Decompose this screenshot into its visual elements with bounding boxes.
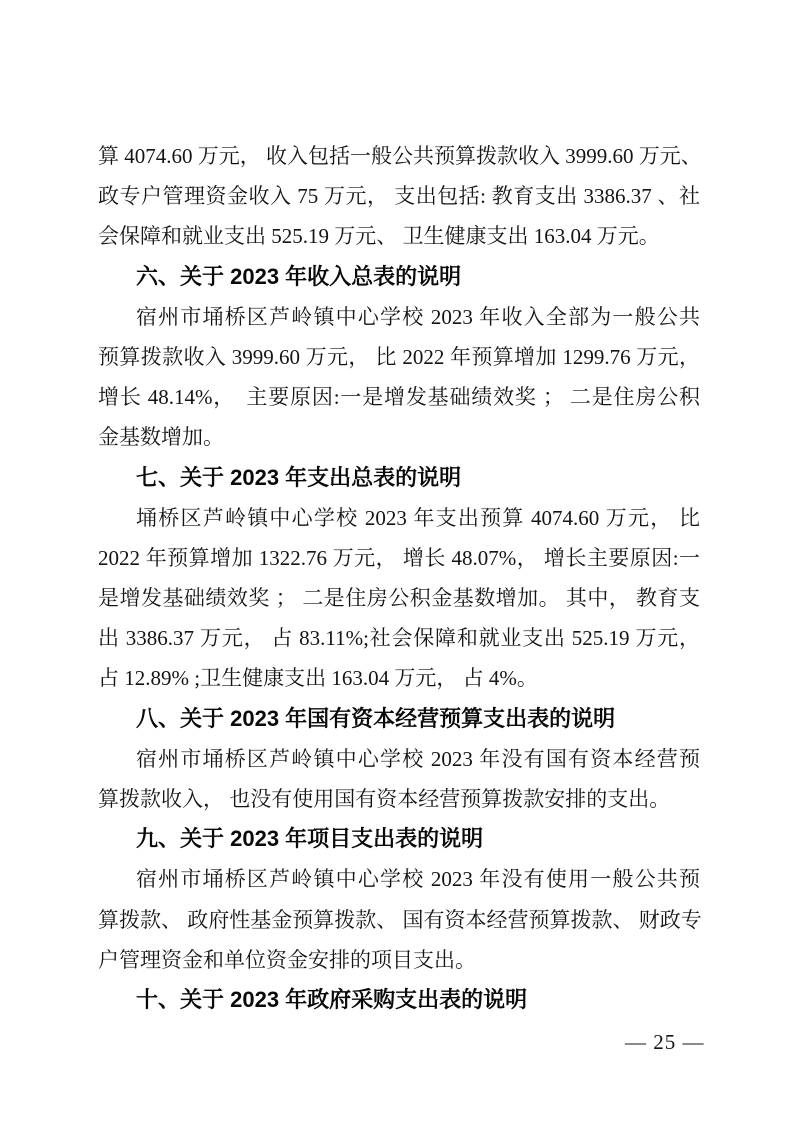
- section-heading: 十、关于 2023 年政府采购支出表的说明: [98, 980, 700, 1020]
- text-line: 预算拨款收入 3999.60 万元， 比 2022 年预算增加 1299.76 …: [98, 337, 700, 377]
- text-line: 占 12.89% ;卫生健康支出 163.04 万元， 占 4%。: [98, 658, 700, 698]
- text-line: 宿州市埇桥区芦岭镇中心学校 2023 年收入全部为一般公共: [98, 297, 700, 337]
- page-number: — 25 —: [625, 1030, 705, 1055]
- text-line: 2022 年预算增加 1322.76 万元， 增长 48.07%， 增长主要原因…: [98, 538, 700, 578]
- text-line: 宿州市埇桥区芦岭镇中心学校 2023 年没有使用一般公共预: [98, 859, 700, 899]
- text-line: 算拨款、 政府性基金预算拨款、 国有资本经营预算拨款、 财政专: [98, 900, 700, 940]
- text-line: 增长 48.14%， 主要原因:一是增发基础绩效奖 ； 二是住房公积: [98, 377, 700, 417]
- text-line: 算 4074.60 万元， 收入包括一般公共预算拨款收入 3999.60 万元、: [98, 136, 700, 176]
- text-line: 户管理资金和单位资金安排的项目支出。: [98, 940, 700, 980]
- section-heading: 六、关于 2023 年收入总表的说明: [98, 257, 700, 297]
- text-line: 会保障和就业支出 525.19 万元、 卫生健康支出 163.04 万元。: [98, 216, 700, 256]
- section-heading: 八、关于 2023 年国有资本经营预算支出表的说明: [98, 699, 700, 739]
- document-content: 算 4074.60 万元， 收入包括一般公共预算拨款收入 3999.60 万元、…: [98, 136, 700, 1020]
- text-line: 金基数增加。: [98, 417, 700, 457]
- section-heading: 七、关于 2023 年支出总表的说明: [98, 458, 700, 498]
- section-heading: 九、关于 2023 年项目支出表的说明: [98, 819, 700, 859]
- text-line: 宿州市埇桥区芦岭镇中心学校 2023 年没有国有资本经营预: [98, 739, 700, 779]
- text-line: 是增发基础绩效奖 ； 二是住房公积金基数增加。 其中， 教育支: [98, 578, 700, 618]
- text-line: 出 3386.37 万元， 占 83.11%;社会保障和就业支出 525.19 …: [98, 618, 700, 658]
- text-line: 埇桥区芦岭镇中心学校 2023 年支出预算 4074.60 万元， 比: [98, 498, 700, 538]
- text-line: 算拨款收入， 也没有使用国有资本经营预算拨款安排的支出。: [98, 779, 700, 819]
- text-line: 政专户管理资金收入 75 万元， 支出包括: 教育支出 3386.37 、社: [98, 176, 700, 216]
- document-page: 算 4074.60 万元， 收入包括一般公共预算拨款收入 3999.60 万元、…: [0, 0, 793, 1122]
